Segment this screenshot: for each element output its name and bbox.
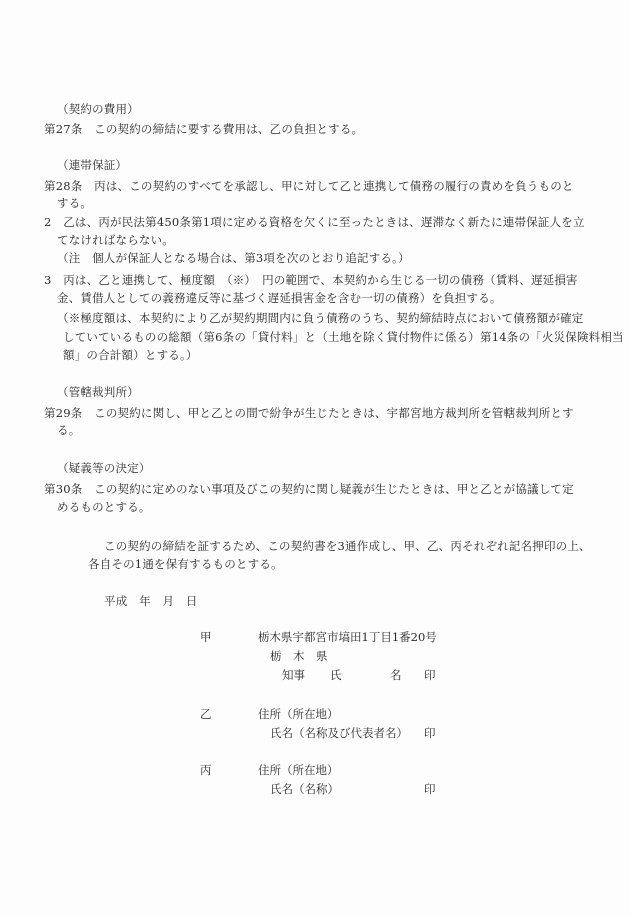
article-28-footnote: （※極度額は、本契約により乙が契約期間内に負う債務のうち、契約締結時点において債… <box>57 310 584 326</box>
article-28-line: てなければならない。 <box>57 232 174 248</box>
article-27-text: 第27条 この契約の締結に要する費用は、乙の負担とする。 <box>44 121 363 137</box>
party-hei-label: 丙 <box>200 762 212 778</box>
article-28-line: 金、賃借人としての義務違反等に基づく遅延損害金を含む一切の債務）を負担する。 <box>57 290 502 306</box>
contract-date: 平成 年 月 日 <box>104 593 198 609</box>
closing-statement: この契約の締結を証するため、この契約書を3通作成し、甲、乙、丙それぞれ記名押印の… <box>104 538 591 554</box>
party-kou-title: 知事 <box>282 667 305 683</box>
article-28-footnote: していているものの総額（第6条の「貸付料」と（土地を除く貸付物件に係る）第14条… <box>63 329 624 345</box>
article-29-line: 第29条 この契約に関し、甲と乙との間で紛争が生じたときは、宇都宮地方裁判所を管… <box>44 405 574 421</box>
article-30-heading: （疑義等の決定） <box>57 460 151 476</box>
article-28-footnote: 額」の合計額）とする。） <box>63 347 198 363</box>
article-28-paragraph-2: 2 乙は、丙が民法第450条第1項に定める資格を欠くに至ったときは、遅滞なく新た… <box>44 214 585 230</box>
article-27-heading: （契約の費用） <box>57 101 139 117</box>
party-hei-address-label: 住所（所在地） <box>258 762 339 778</box>
party-kou-name-label: 名 <box>390 667 402 683</box>
party-kou-seal: 印 <box>424 667 436 683</box>
party-otsu-seal: 印 <box>424 725 436 741</box>
article-30-line: めるものとする。 <box>57 499 151 515</box>
closing-statement: 各自その1通を保有するものとする。 <box>88 556 283 572</box>
party-otsu-name-label: 氏名（名称及び代表者名） <box>270 725 408 741</box>
party-hei-seal: 印 <box>424 781 436 797</box>
party-kou-name-label: 氏 <box>330 667 342 683</box>
party-kou-label: 甲 <box>200 629 212 645</box>
article-29-heading: （管轄裁判所） <box>57 384 139 400</box>
article-30-line: 第30条 この契約に定めのない事項及びこの契約に関し疑義が生じたときは、甲と乙と… <box>44 481 574 497</box>
article-28-line: 第28条 丙は、この契約のすべてを承認し、甲に対して乙と連携して債務の履行の責め… <box>44 178 574 194</box>
party-otsu-label: 乙 <box>200 706 212 722</box>
party-kou-address: 栃木県宇都宮市塙田1丁目1番20号 <box>258 629 437 645</box>
article-28-line: する。 <box>57 195 92 211</box>
article-29-line: る。 <box>57 422 80 438</box>
article-28-heading: （連帯保証） <box>57 157 127 173</box>
party-otsu-address-label: 住所（所在地） <box>258 706 339 722</box>
article-28-note: （注 個人が保証人となる場合は、第3項を次のとおり追記する。） <box>57 250 410 266</box>
party-kou-org: 栃 木 県 <box>270 648 328 664</box>
article-28-paragraph-3: 3 丙は、乙と連携して、極度額 （※） 円の範囲で、本契約から生じる一切の債務（… <box>44 272 578 288</box>
party-hei-name-label: 氏名（名称） <box>270 781 339 797</box>
